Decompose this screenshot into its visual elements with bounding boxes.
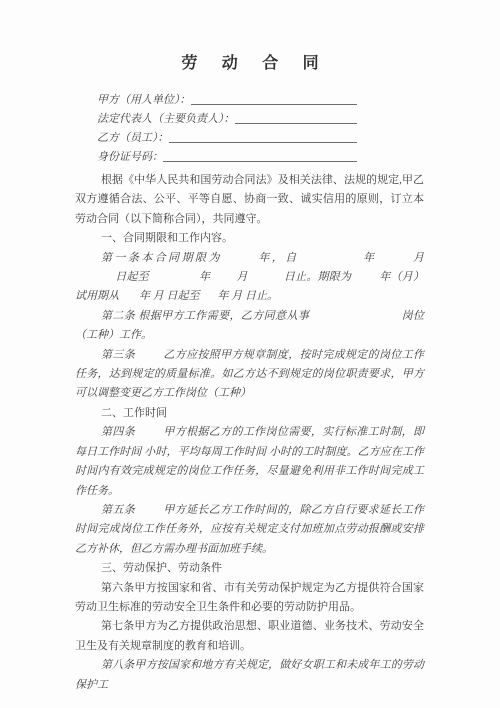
form-field-row: 乙方（员工）： — [97, 126, 357, 145]
section-heading: 二、工作时间 — [75, 404, 424, 423]
paragraph-text: 年 — [361, 252, 377, 264]
section-heading: 一、合同期限和工作内容。 — [75, 229, 424, 248]
form-field-label: 身份证号码： — [97, 148, 163, 164]
form-field-label: 法定代表人（主要负责人）： — [97, 110, 235, 126]
fill-in-blank-line — [169, 141, 358, 143]
paragraph-text: 日起至 — [115, 271, 149, 283]
paragraph-text: 一、合同期限和工作内容。 — [101, 232, 233, 244]
contract-paragraph: 第七条甲方为乙方提供政治思想、职业道德、业务技术、劳动安全卫生及有关规章制度的教… — [75, 617, 424, 656]
paragraph-text: 日止。期限为 — [284, 271, 351, 283]
paragraph-text: 年 月 日止。 — [218, 290, 279, 302]
form-field-row: 身份证号码： — [97, 145, 357, 164]
contract-paragraph: 第三条乙方应按照甲方规章制度，按时完成规定的岗位工作任务，达到规定的质量标准。如… — [75, 346, 424, 404]
fill-in-blank-line — [163, 160, 357, 162]
form-field-label: 甲方（用人单位）： — [97, 91, 191, 107]
form-field-label: 乙方（员工）： — [97, 129, 169, 145]
contract-page: 劳 动 合 同 甲方（用人单位）：法定代表人（主要负责人）：乙方（员工）：身份证… — [0, 0, 500, 708]
paragraph-text: 第三条 — [101, 349, 135, 361]
document-title: 劳 动 合 同 — [0, 0, 500, 73]
paragraph-text: 二、工作时间 — [101, 407, 167, 419]
paragraph-text: 第六条甲方按国家和省、市有关劳动保护规定为乙方提供符合国家劳动卫生标准的劳动安全… — [75, 582, 424, 613]
contract-paragraph: 第八条甲方按国家和地方有关规定，做好女职工和未成年工的劳动保护工 — [75, 656, 424, 695]
contract-paragraph: 第五条甲方延长乙方工作时间的，除乙方自行要求延长工作时间完成岗位工作任务外，应按… — [75, 501, 424, 559]
paragraph-text: 月 — [411, 252, 424, 264]
contract-paragraph: 第一条本合同期限为年，自年月日起至年月日止。期限为年（月）试用期从年 月 日起至… — [75, 249, 424, 307]
paragraph-text: 第五条 — [101, 504, 135, 516]
fill-in-blank-line — [191, 103, 358, 105]
section-heading: 三、劳动保护、劳动条件 — [75, 559, 424, 578]
header-form-section: 甲方（用人单位）：法定代表人（主要负责人）：乙方（员工）：身份证号码： — [97, 88, 357, 164]
paragraph-text: 第七条甲方为乙方提供政治思想、职业道德、业务技术、劳动安全卫生及有关规章制度的教… — [75, 620, 424, 651]
contract-paragraph: 第六条甲方按国家和省、市有关劳动保护规定为乙方提供符合国家劳动卫生标准的劳动安全… — [75, 579, 424, 618]
paragraph-text: 第二条 根据甲方工作需要，乙方同意从事 — [101, 310, 309, 322]
contract-paragraph: 第四条甲方根据乙方的工作岗位需要，实行标准工时制，即每日工作时间 小时，平均每周… — [75, 423, 424, 501]
paragraph-text: 月 — [236, 271, 247, 283]
paragraph-text: 第八条甲方按国家和地方有关规定，做好女职工和未成年工的劳动保护工 — [75, 659, 424, 690]
paragraph-text: 三、劳动保护、劳动条件 — [101, 562, 222, 574]
contract-body: 根据《中华人民共和国劳动合同法》及相关法律、法规的规定,甲乙双方遵循合法、公平、… — [75, 171, 424, 695]
paragraph-text: 年，自 — [256, 252, 299, 264]
contract-paragraph: 根据《中华人民共和国劳动合同法》及相关法律、法规的规定,甲乙双方遵循合法、公平、… — [75, 171, 424, 229]
paragraph-text: 根据《中华人民共和国劳动合同法》及相关法律、法规的规定,甲乙双方遵循合法、公平、… — [75, 174, 424, 225]
paragraph-text: 第四条 — [101, 426, 135, 438]
form-field-row: 法定代表人（主要负责人）： — [97, 107, 357, 126]
paragraph-text: 年 — [199, 271, 210, 283]
paragraph-text: 第一条本合同期限为 — [101, 252, 222, 264]
paragraph-text: 年 月 日起至 — [139, 290, 200, 302]
contract-paragraph: 第二条 根据甲方工作需要，乙方同意从事岗位（工种）工作。 — [75, 307, 424, 346]
fill-in-blank-line — [235, 122, 358, 124]
form-field-row: 甲方（用人单位）： — [97, 88, 357, 107]
